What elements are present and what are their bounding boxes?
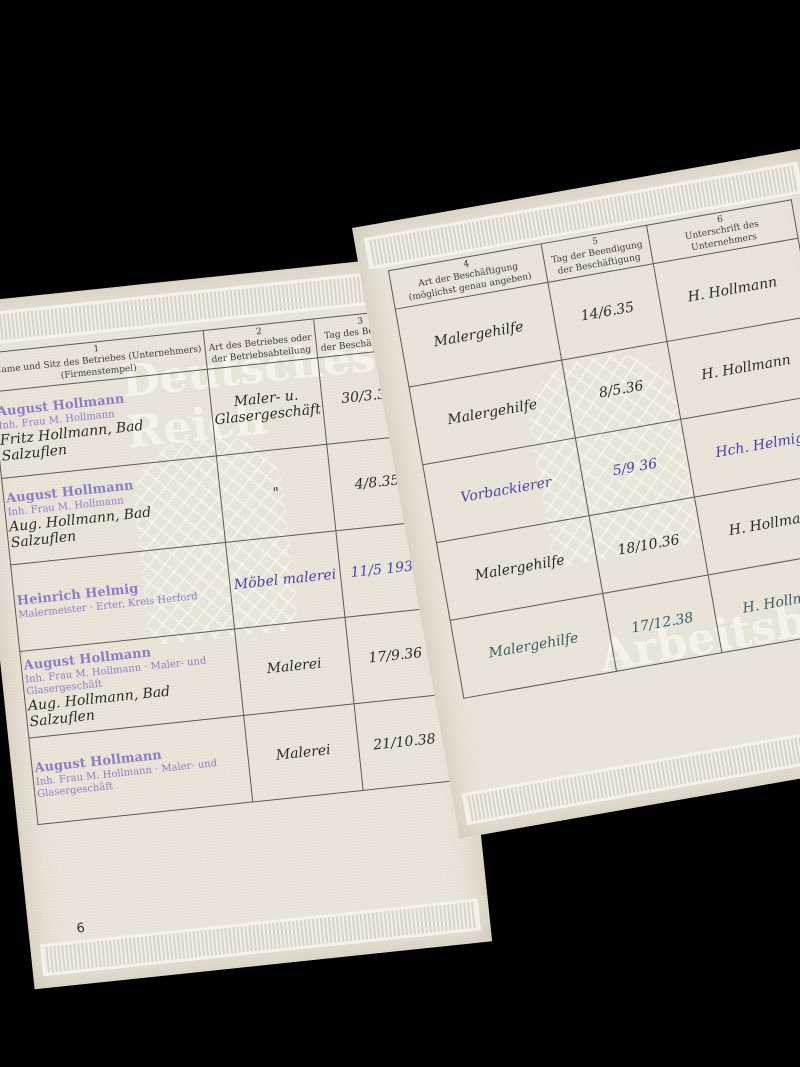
ornamental-border-bottom <box>462 717 800 825</box>
employer-stamp: August HollmannInh. Frau M. Hollmann · M… <box>34 739 248 800</box>
employment-table-right: 4Art der Beschäftigung (möglichst genau … <box>388 199 800 698</box>
page-number: 6 <box>76 921 86 937</box>
business-type-cell: Möbel malerei <box>225 531 345 629</box>
end-date-cell: 17/12.38 <box>603 575 721 671</box>
ornamental-border-bottom <box>40 899 481 977</box>
business-type-cell: Malerei <box>234 617 354 715</box>
business-type-cell: Malerei <box>243 704 363 802</box>
business-type-cell: Maler- u. Glasergeschäft <box>207 357 327 455</box>
employer-stamp: Heinrich HelmigMalermeister · Erter, Kre… <box>16 572 228 621</box>
business-type-cell: " <box>216 444 336 542</box>
